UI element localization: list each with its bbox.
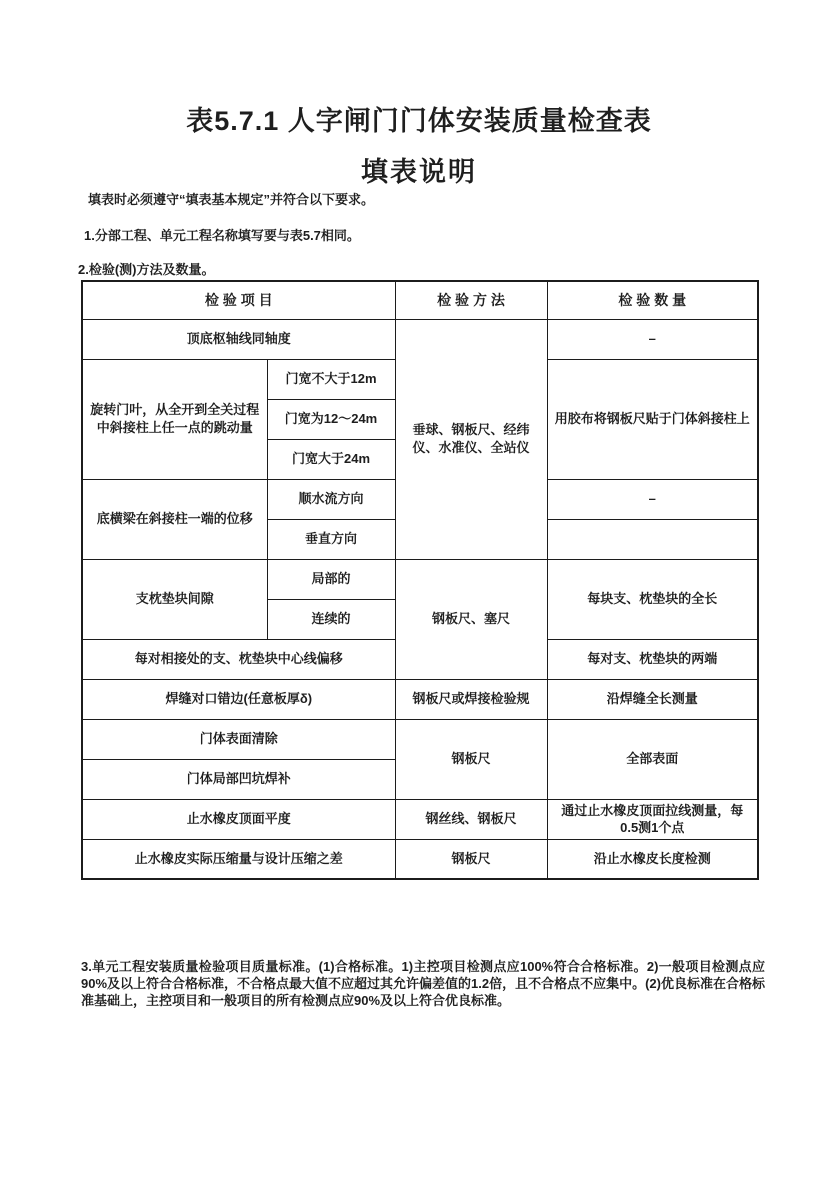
section-title: 填表说明 [0,150,838,189]
cell-method-weld-gauge: 钢板尺或焊接检验规 [395,679,547,719]
cell-item-pit-weld-repair: 门体局部凹坑焊补 [82,759,395,799]
cell-quantity-both-ends: 每对支、枕垫块的两端 [547,639,758,679]
cell-item-pad-block-gap: 支枕垫块间隙 [82,559,267,639]
cell-item-seal-rubber-compression: 止水橡皮实际压缩量与设计压缩之差 [82,839,395,879]
cell-method-wire-ruler: 钢丝线、钢板尺 [395,799,547,839]
cell-method-steel-ruler: 钢板尺 [395,839,547,879]
note-item-2: 2.检验(测)方法及数量。 [78,259,215,278]
cell-method-survey-instruments: 垂球、钢板尺、经纬仪、水准仪、全站仪 [395,319,547,559]
header-inspection-quantity: 检 验 数 量 [547,281,758,319]
page-title: 表5.7.1 人字闸门门体安装质量检查表 [0,99,838,138]
cell-subitem-flow-direction: 顺水流方向 [267,479,395,519]
header-inspection-method: 检 验 方 法 [395,281,547,319]
cell-item-seal-rubber-flatness: 止水橡皮顶面平度 [82,799,395,839]
cell-subitem-continuous: 连续的 [267,599,395,639]
cell-quantity-line-measure: 通过止水橡皮顶面拉线测量，每0.5测1个点 [547,799,758,839]
table-row: 止水橡皮顶面平度 钢丝线、钢板尺 通过止水橡皮顶面拉线测量，每0.5测1个点 [82,799,758,839]
cell-quantity-all-surfaces: 全部表面 [547,719,758,799]
cell-method-steel-ruler-feeler: 钢板尺、塞尺 [395,559,547,679]
cell-item-pivot-coaxiality: 顶底枢轴线同轴度 [82,319,395,359]
table-header-row: 检 验 项 目 检 验 方 法 检 验 数 量 [82,281,758,319]
cell-subitem-vertical-direction: 垂直方向 [267,519,395,559]
cell-item-centerline-offset: 每对相接处的支、枕垫块中心线偏移 [82,639,395,679]
cell-subitem-width-le12m: 门宽不大于12m [267,359,395,399]
intro-text: 填表时必须遵守“填表基本规定”并符合以下要求。 [88,189,374,208]
cell-item-weld-misalignment: 焊缝对口错边(任意板厚δ) [82,679,395,719]
inspection-table: 检 验 项 目 检 验 方 法 检 验 数 量 顶底枢轴线同轴度 垂球、钢板尺、… [81,280,759,880]
table-row: 焊缝对口错边(任意板厚δ) 钢板尺或焊接检验规 沿焊缝全长测量 [82,679,758,719]
note-item-1: 1.分部工程、单元工程名称填写要与表5.7相同。 [84,225,360,244]
cell-subitem-local: 局部的 [267,559,395,599]
table-row: 支枕垫块间隙 局部的 钢板尺、塞尺 每块支、枕垫块的全长 [82,559,758,599]
cell-subitem-width-12-24m: 门宽为12～24m [267,399,395,439]
note-item-3: 3.单元工程安装质量检验项目质量标准。(1)合格标准。1)主控项目检测点应100… [81,958,765,1009]
header-inspection-item: 检 验 项 目 [82,281,395,319]
cell-item-rotating-leaf-runout: 旋转门叶，从全开到全关过程中斜接柱上任一点的跳动量 [82,359,267,479]
cell-item-surface-cleaning: 门体表面清除 [82,719,395,759]
cell-subitem-width-gt24m: 门宽大于24m [267,439,395,479]
table-row: 顶底枢轴线同轴度 垂球、钢板尺、经纬仪、水准仪、全站仪 – [82,319,758,359]
cell-quantity-along-rubber: 沿止水橡皮长度检测 [547,839,758,879]
cell-quantity-tape-ruler: 用胶布将钢板尺贴于门体斜接柱上 [547,359,758,479]
cell-item-bottom-beam-displacement: 底横梁在斜接柱一端的位移 [82,479,267,559]
cell-quantity-along-weld: 沿焊缝全长测量 [547,679,758,719]
cell-method-steel-ruler: 钢板尺 [395,719,547,799]
table-row: 门体表面清除 钢板尺 全部表面 [82,719,758,759]
cell-quantity-full-length: 每块支、枕垫块的全长 [547,559,758,639]
table-row: 止水橡皮实际压缩量与设计压缩之差 钢板尺 沿止水橡皮长度检测 [82,839,758,879]
cell-quantity-dash: – [547,479,758,519]
cell-quantity-dash: – [547,319,758,359]
cell-quantity-empty [547,519,758,559]
